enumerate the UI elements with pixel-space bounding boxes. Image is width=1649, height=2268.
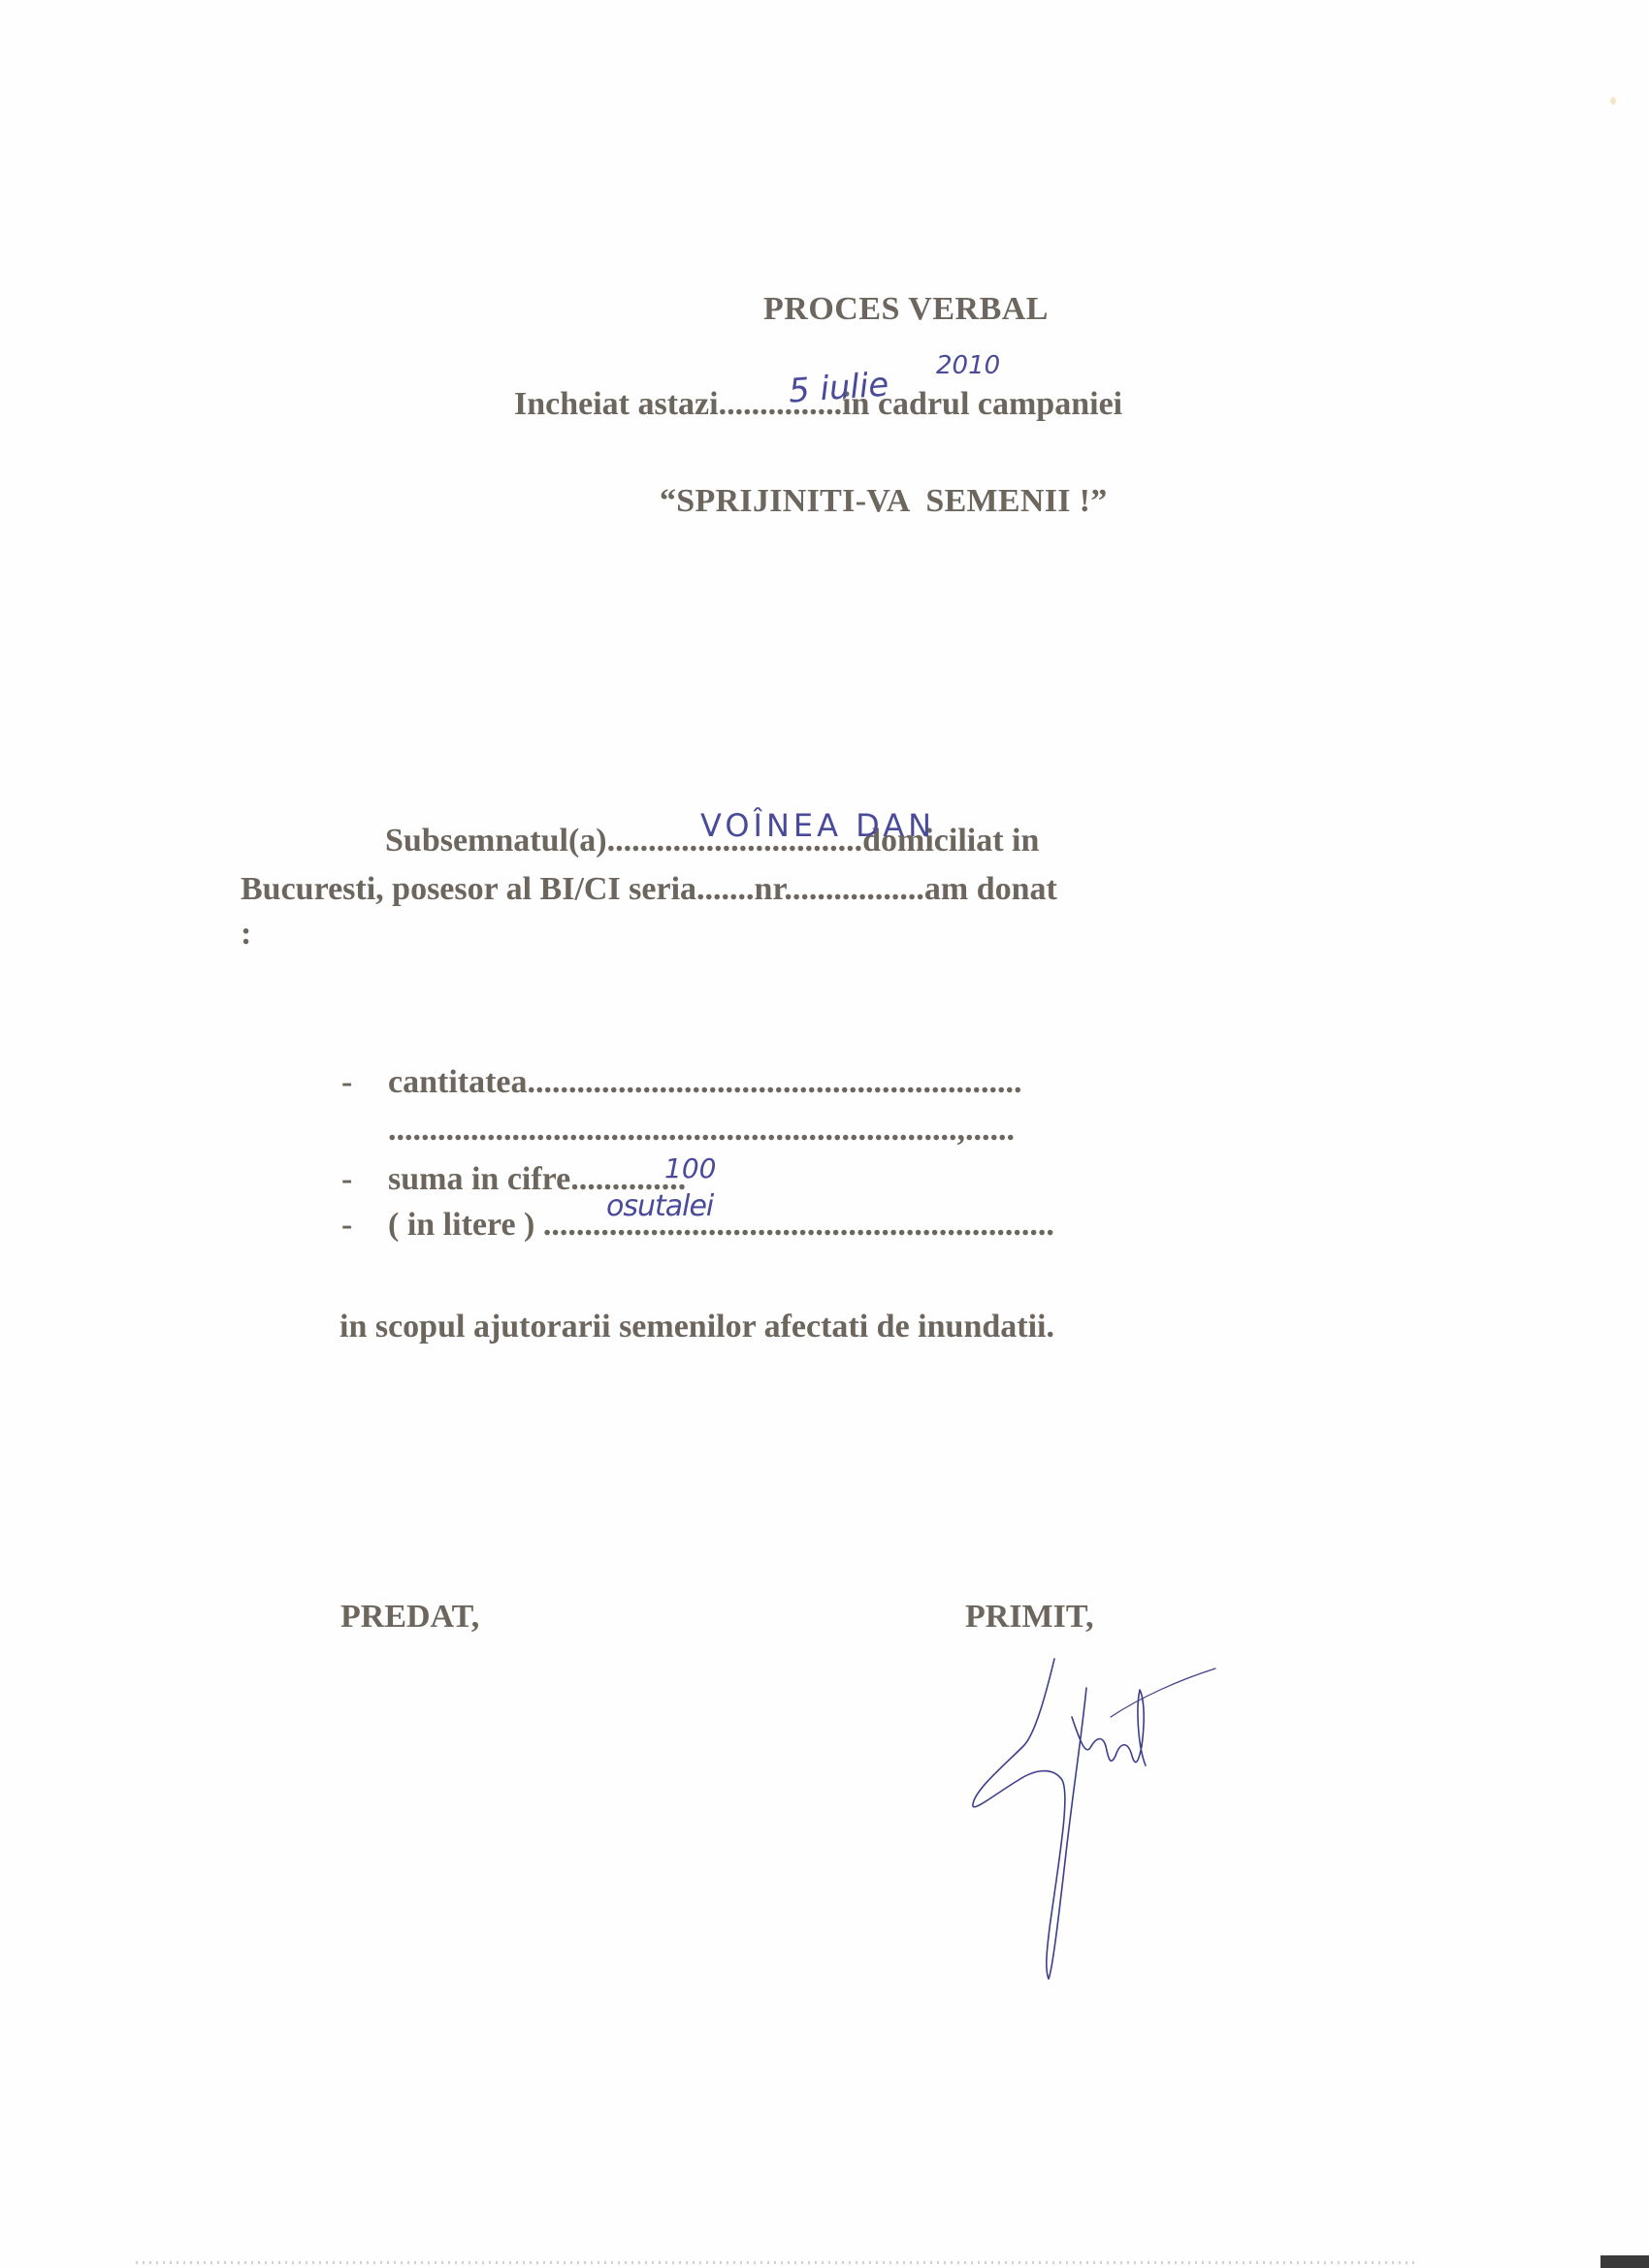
scan-artifact-line xyxy=(136,2261,1416,2264)
date-prefix: Incheiat astazi xyxy=(514,386,719,422)
handwritten-year: 2010 xyxy=(936,351,1000,380)
handwritten-amount-words: osutalei xyxy=(606,1189,713,1223)
handed-over-label: PREDAT, xyxy=(340,1601,479,1634)
signature-icon xyxy=(965,1601,1217,2008)
item-dash: - xyxy=(341,1209,352,1242)
scan-speck xyxy=(1610,97,1616,105)
document-title: PROCES VERBAL xyxy=(763,293,1049,326)
item-dash: - xyxy=(341,1163,352,1196)
handwritten-date: 5 iulie xyxy=(788,365,890,410)
item-quantity: cantitatea..............................… xyxy=(388,1066,1022,1099)
item-amount-words: ( in litere ) ..........................… xyxy=(388,1209,1054,1242)
item-quantity-continued: ........................................… xyxy=(388,1114,1015,1147)
declaration-line-2: Bucuresti, posesor al BI/CI seria.......… xyxy=(241,873,1057,906)
handwritten-amount-digits: 100 xyxy=(664,1152,716,1184)
campaign-name: “SPRIJINITI-VA SEMENII !” xyxy=(660,485,1108,518)
handwritten-donor-name: VOÎNEA DAN xyxy=(700,807,935,844)
declaration-line-3: : xyxy=(241,918,251,951)
scan-corner-shadow xyxy=(1600,2255,1649,2268)
item-dash: - xyxy=(341,1066,352,1099)
donation-purpose: in scopul ajutorarii semenilor afectati … xyxy=(339,1311,1054,1344)
scanned-document-page: PROCES VERBAL Incheiat astazi...........… xyxy=(0,0,1649,2268)
